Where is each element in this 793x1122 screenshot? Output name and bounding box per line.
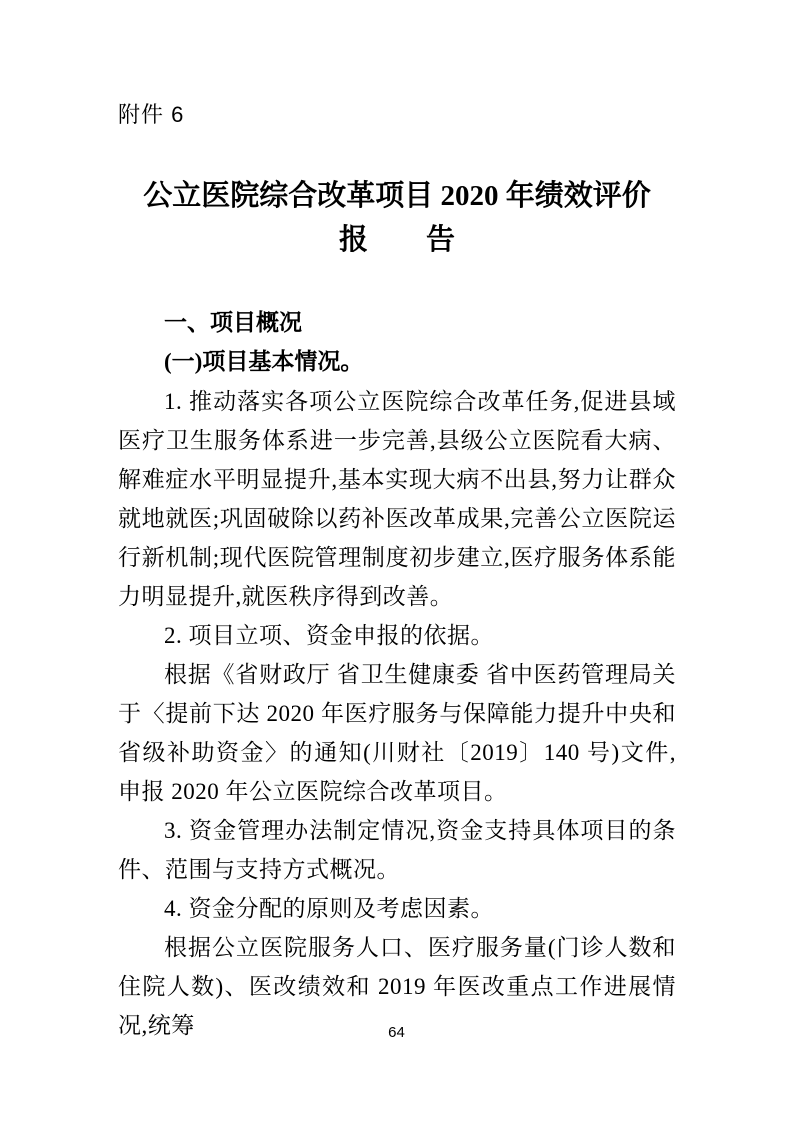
attachment-label: 附件 6 [118, 100, 676, 130]
document-title: 公立医院综合改革项目 2020 年绩效评价 报 告 [118, 174, 676, 262]
document-title-line2: 报 告 [118, 218, 676, 262]
document-body: 一、项目概况 (一)项目基本情况。 1. 推动落实各项公立医院综合改革任务,促进… [118, 302, 676, 1045]
document-title-line1: 公立医院综合改革项目 2020 年绩效评价 [118, 174, 676, 218]
subsection-heading-basic-situation: (一)项目基本情况。 [118, 342, 676, 382]
paragraph-1-reform-tasks: 1. 推动落实各项公立医院综合改革任务,促进县域医疗卫生服务体系进一步完善,县级… [118, 382, 676, 616]
paragraph-3-funding-notice: 根据《省财政厅 省卫生健康委 省中医药管理局关于〈提前下达 2020 年医疗服务… [118, 655, 676, 811]
paragraph-2-project-basis-heading: 2. 项目立项、资金申报的依据。 [118, 616, 676, 655]
page-number: 64 [0, 1024, 793, 1042]
section-heading-project-overview: 一、项目概况 [118, 302, 676, 342]
document-page: 附件 6 公立医院综合改革项目 2020 年绩效评价 报 告 一、项目概况 (一… [0, 0, 793, 1122]
paragraph-5-allocation-principles: 4. 资金分配的原则及考虑因素。 [118, 889, 676, 928]
paragraph-4-fund-management: 3. 资金管理办法制定情况,资金支持具体项目的条件、范围与支持方式概况。 [118, 811, 676, 889]
